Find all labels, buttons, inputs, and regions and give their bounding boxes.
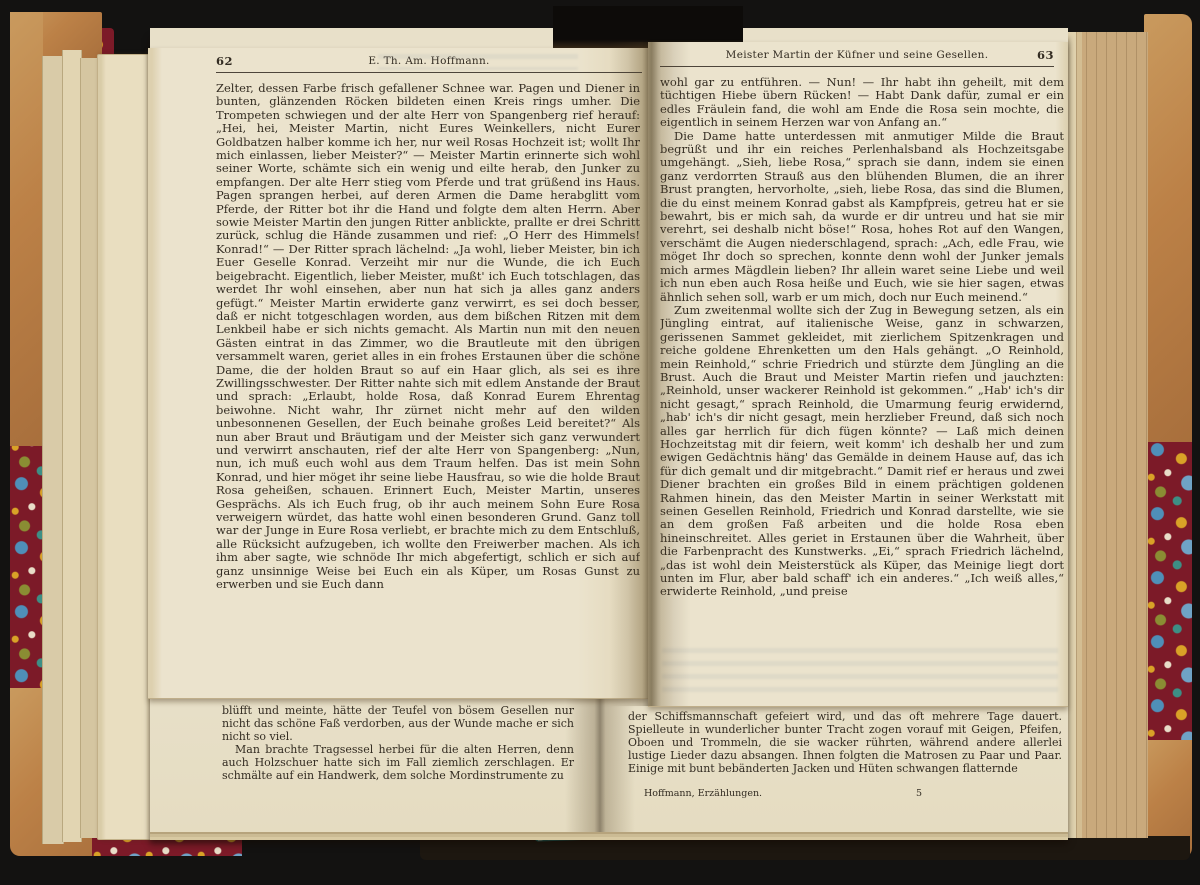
left-paragraph: Zelter, dessen Farbe frisch gefallener S… xyxy=(216,82,640,591)
left-lifted-page-edge xyxy=(97,54,152,840)
right-running-header: Meister Martin der Küfner und seine Gese… xyxy=(660,49,1054,61)
left-header-rule xyxy=(216,72,642,73)
book-photo: l l blüfft und meinte, hätte der Teufel … xyxy=(0,0,1200,885)
right-paragraph: Zum zweitenmal wollte sich der Zug in Be… xyxy=(660,304,1064,599)
right-paragraph: wohl gar zu entführen. — Nun! — Ihr habt… xyxy=(660,76,1064,130)
under-left-page-text: blüfft und meinte, hätte der Teufel von … xyxy=(222,704,574,782)
right-page-showthrough xyxy=(662,648,1058,698)
right-cover-leather-top xyxy=(1144,14,1192,442)
signature-footer: Hoffmann, Erzählungen. 5 xyxy=(644,788,1064,799)
right-page-number: 63 xyxy=(1037,48,1054,62)
footer-imprint: Hoffmann, Erzählungen. xyxy=(644,788,762,799)
left-page-text: Zelter, dessen Farbe frisch gefallener S… xyxy=(216,82,640,682)
under-right-paragraph: der Schiffsmannschaft gefeiert wird, und… xyxy=(628,710,1062,775)
right-page: Meister Martin der Küfner und seine Gese… xyxy=(648,42,1068,707)
right-cover-marble xyxy=(1146,442,1192,742)
signature-number: 5 xyxy=(916,788,922,799)
right-stack-edge-lines xyxy=(1066,32,1148,838)
left-cover-leather-spine-strip xyxy=(10,12,43,446)
left-page-showthrough xyxy=(378,54,578,70)
left-stack-strip-1 xyxy=(42,56,64,844)
right-page-text: wohl gar zu entführen. — Nun! — Ihr habt… xyxy=(660,76,1064,662)
under-left-paragraph: Man brachte Tragsessel herbei für die al… xyxy=(222,743,574,782)
right-header-rule xyxy=(660,66,1054,67)
gutter-shadow xyxy=(610,42,690,706)
under-left-paragraph: blüfft und meinte, hätte der Teufel von … xyxy=(222,704,574,743)
left-stack-strip-2 xyxy=(62,50,82,842)
right-paragraph: Die Dame hatte unterdessen mit anmutiger… xyxy=(660,130,1064,304)
right-page-header: Meister Martin der Küfner und seine Gese… xyxy=(660,48,1054,68)
left-page: 62 E. Th. Am. Hoffmann. Zelter, dessen F… xyxy=(148,48,648,699)
under-right-page-text: der Schiffsmannschaft gefeiert wird, und… xyxy=(628,710,1062,775)
right-page-edge-stack xyxy=(1066,32,1148,838)
